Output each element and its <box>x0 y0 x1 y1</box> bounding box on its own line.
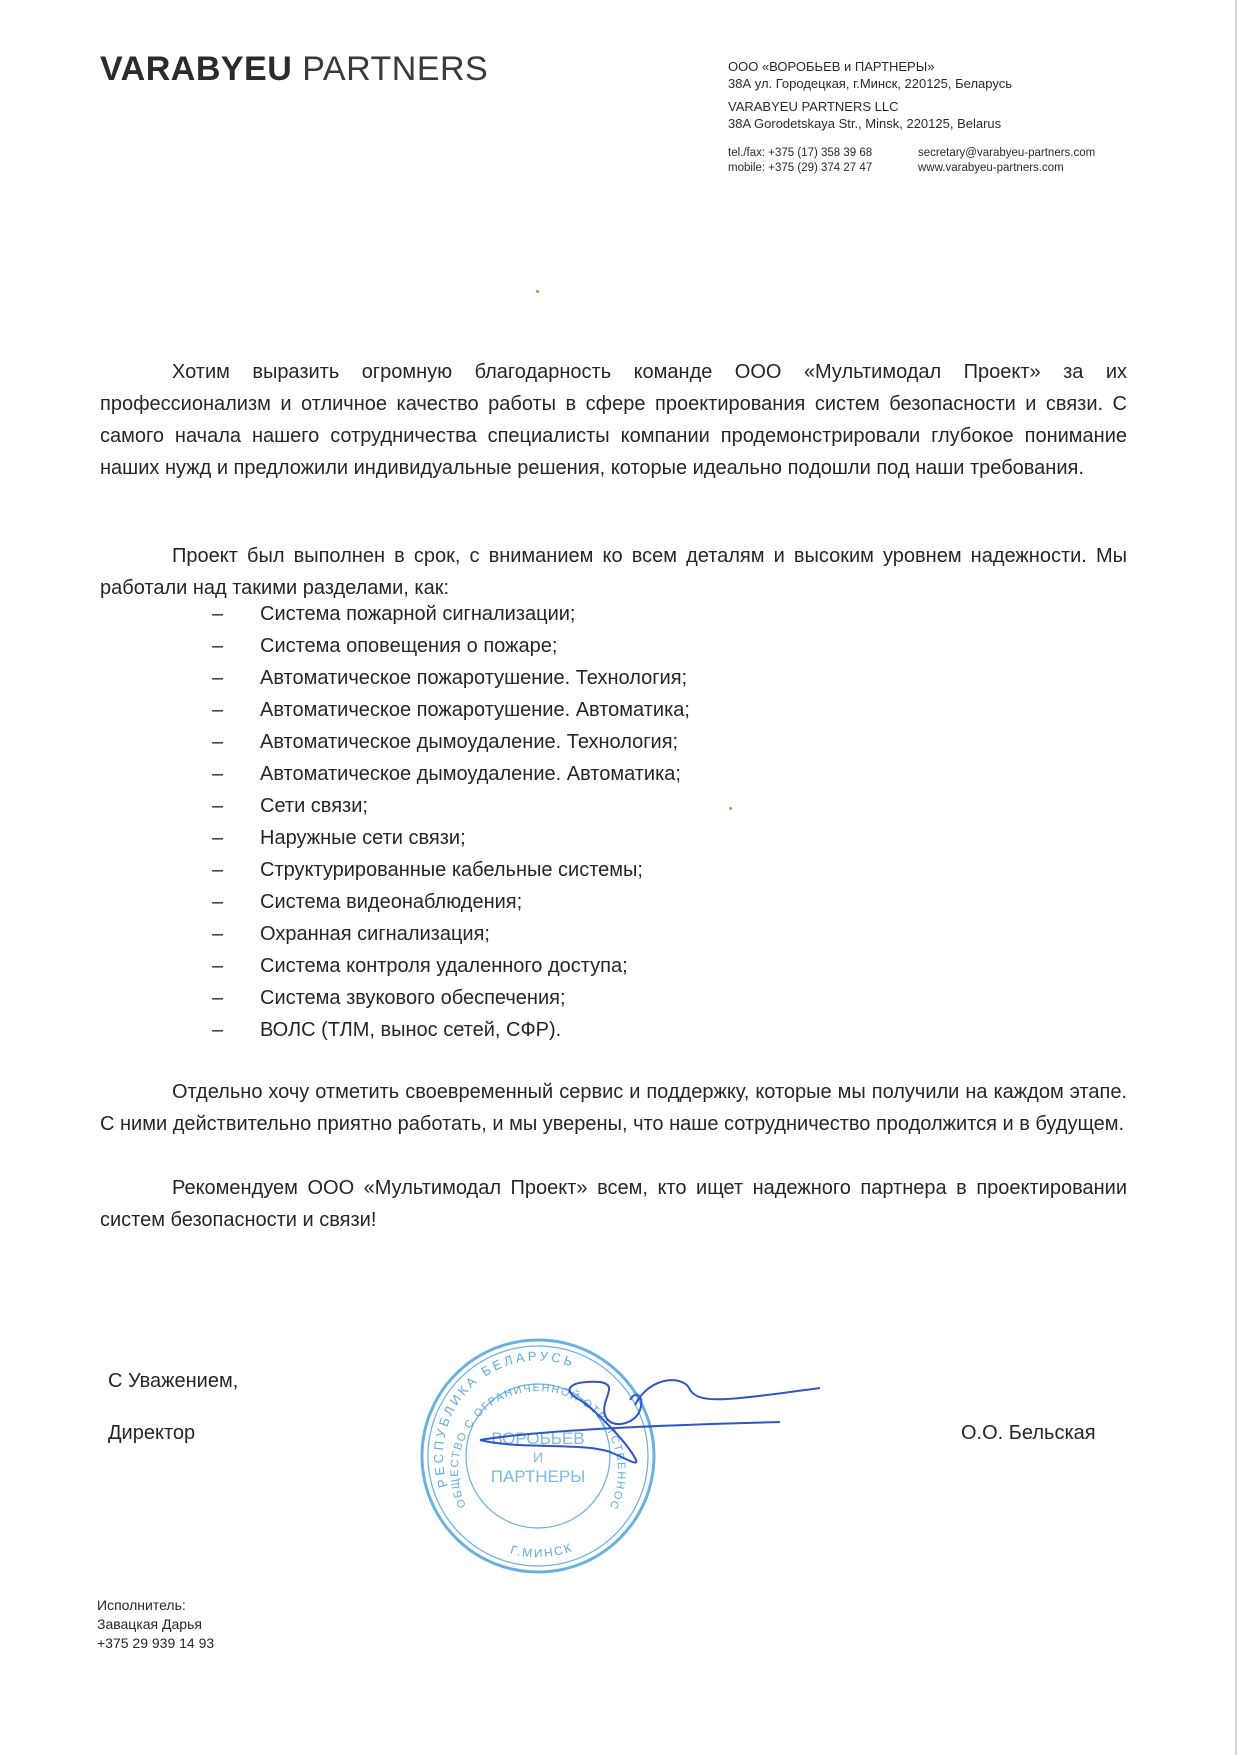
list-item-text: Система видеонаблюдения; <box>260 886 522 918</box>
dash-bullet-icon <box>100 1014 260 1046</box>
logo-light-text: PARTNERS <box>302 50 488 88</box>
executor-phone: +375 29 939 14 93 <box>97 1634 214 1653</box>
dash-bullet-icon <box>100 662 260 694</box>
list-item: Структурированные кабельные системы; <box>100 854 690 886</box>
scan-edge <box>1235 0 1237 1755</box>
list-item-text: Охранная сигнализация; <box>260 918 490 950</box>
letterhead-org-details: ООО «ВОРОБЬЕВ и ПАРТНЕРЫ» 38А ул. Городе… <box>728 58 1012 138</box>
paragraph-project: Проект был выполнен в срок, с вниманием … <box>100 540 1127 604</box>
list-item-text: Автоматическое дымоудаление. Автоматика; <box>260 758 681 790</box>
org-en-address: 38A Gorodetskaya Str., Minsk, 220125, Be… <box>728 115 1012 132</box>
dash-bullet-icon <box>100 918 260 950</box>
list-item-text: Наружные сети связи; <box>260 822 466 854</box>
company-logo: VARABYEU PARTNERS <box>100 50 488 89</box>
list-item: ВОЛС (ТЛМ, вынос сетей, СФР). <box>100 1014 690 1046</box>
list-item-text: Структурированные кабельные системы; <box>260 854 643 886</box>
paragraph-recommendation: Рекомендуем ООО «Мультимодал Проект» все… <box>100 1172 1127 1236</box>
list-item-text: Автоматическое дымоудаление. Технология; <box>260 726 678 758</box>
logo-bold-text: VARABYEU <box>100 50 292 88</box>
email-link[interactable]: secretary@varabyeu-partners.com <box>918 146 1095 161</box>
executor-label: Исполнитель: <box>97 1596 214 1615</box>
signature-icon <box>460 1370 840 1490</box>
dash-bullet-icon <box>100 630 260 662</box>
dash-bullet-icon <box>100 790 260 822</box>
list-item: Система оповещения о пожаре; <box>100 630 690 662</box>
org-ru-name: ООО «ВОРОБЬЕВ и ПАРТНЕРЫ» <box>728 58 1012 75</box>
dash-bullet-icon <box>100 726 260 758</box>
list-item-text: Автоматическое пожаротушение. Технология… <box>260 662 687 694</box>
signatory-name: О.О. Бельская <box>961 1422 1096 1445</box>
list-item-text: Система контроля удаленного доступа; <box>260 950 628 982</box>
list-item: Сети связи; <box>100 790 690 822</box>
list-item-text: Система пожарной сигнализации; <box>260 598 575 630</box>
tel-fax: tel./fax: +375 (17) 358 39 68 <box>728 146 918 161</box>
org-ru-address: 38А ул. Городецкая, г.Минск, 220125, Бел… <box>728 75 1012 92</box>
sections-list: Система пожарной сигнализации; Система о… <box>100 598 690 1046</box>
list-item-text: Сети связи; <box>260 790 368 822</box>
list-item-text: Автоматическое пожаротушение. Автоматика… <box>260 694 690 726</box>
executor-block: Исполнитель: Завацкая Дарья +375 29 939 … <box>97 1596 214 1653</box>
dash-bullet-icon <box>100 982 260 1014</box>
contact-row: mobile: +375 (29) 374 27 47 www.varabyeu… <box>728 161 1095 176</box>
list-item-text: Система оповещения о пожаре; <box>260 630 557 662</box>
org-ru-block: ООО «ВОРОБЬЕВ и ПАРТНЕРЫ» 38А ул. Городе… <box>728 58 1012 92</box>
list-item: Автоматическое дымоудаление. Автоматика; <box>100 758 690 790</box>
org-en-block: VARABYEU PARTNERS LLC 38A Gorodetskaya S… <box>728 98 1012 132</box>
dash-bullet-icon <box>100 694 260 726</box>
scan-speck <box>536 290 539 293</box>
letterhead-contacts: tel./fax: +375 (17) 358 39 68 secretary@… <box>728 146 1095 176</box>
website-link[interactable]: www.varabyeu-partners.com <box>918 161 1064 176</box>
org-en-name: VARABYEU PARTNERS LLC <box>728 98 1012 115</box>
paragraph-service: Отдельно хочу отметить своевременный сер… <box>100 1076 1127 1140</box>
dash-bullet-icon <box>100 886 260 918</box>
contact-row: tel./fax: +375 (17) 358 39 68 secretary@… <box>728 146 1095 161</box>
paragraph-2-text: Проект был выполнен в срок, с вниманием … <box>100 540 1127 604</box>
closing-regards: С Уважением, <box>108 1370 238 1393</box>
list-item: Автоматическое дымоудаление. Технология; <box>100 726 690 758</box>
list-item: Автоматическое пожаротушение. Технология… <box>100 662 690 694</box>
dash-bullet-icon <box>100 950 260 982</box>
dash-bullet-icon <box>100 598 260 630</box>
paragraph-3-text: Отдельно хочу отметить своевременный сер… <box>100 1076 1127 1140</box>
scan-speck <box>729 807 732 810</box>
list-item: Система звукового обеспечения; <box>100 982 690 1014</box>
mobile-phone: mobile: +375 (29) 374 27 47 <box>728 161 918 176</box>
list-item: Охранная сигнализация; <box>100 918 690 950</box>
list-item: Наружные сети связи; <box>100 822 690 854</box>
list-item-text: Система звукового обеспечения; <box>260 982 566 1014</box>
list-item: Система пожарной сигнализации; <box>100 598 690 630</box>
paragraph-gratitude: Хотим выразить огромную благодарность ко… <box>100 356 1127 484</box>
dash-bullet-icon <box>100 758 260 790</box>
list-item-text: ВОЛС (ТЛМ, вынос сетей, СФР). <box>260 1014 561 1046</box>
list-item: Система видеонаблюдения; <box>100 886 690 918</box>
paragraph-1-text: Хотим выразить огромную благодарность ко… <box>100 356 1127 484</box>
executor-name: Завацкая Дарья <box>97 1615 214 1634</box>
list-item: Система контроля удаленного доступа; <box>100 950 690 982</box>
svg-text:Г.МИНСК: Г.МИНСК <box>509 1540 575 1560</box>
stamp-city: Г.МИНСК <box>509 1540 575 1560</box>
dash-bullet-icon <box>100 854 260 886</box>
paragraph-4-text: Рекомендуем ООО «Мультимодал Проект» все… <box>100 1172 1127 1236</box>
dash-bullet-icon <box>100 822 260 854</box>
list-item: Автоматическое пожаротушение. Автоматика… <box>100 694 690 726</box>
signatory-position: Директор <box>108 1422 195 1445</box>
